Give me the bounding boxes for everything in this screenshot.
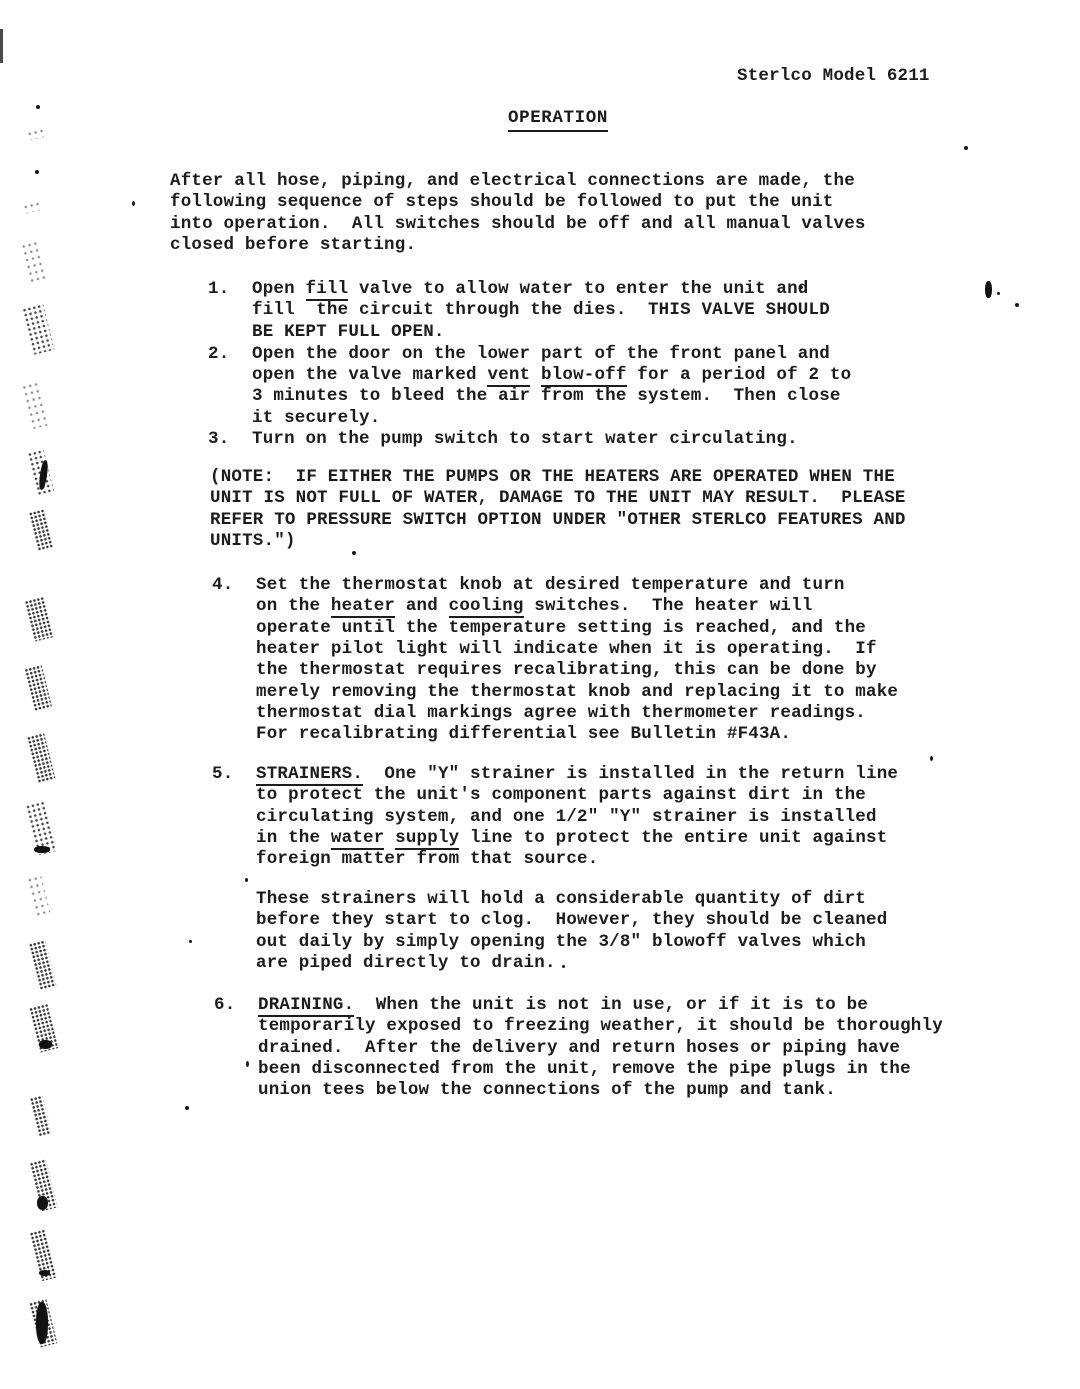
scan-artifact <box>1015 303 1019 307</box>
document-line: DRAINING. When the unit is not in use, o… <box>258 995 943 1016</box>
block-body: These strainers will hold a considerable… <box>256 889 887 974</box>
document-line: foreign matter from that source. <box>256 849 898 870</box>
scan-artifact <box>930 756 933 761</box>
scan-artifact <box>35 170 39 174</box>
scan-artifact <box>36 105 40 109</box>
text: and <box>395 596 449 616</box>
scan-artifact <box>352 551 356 555</box>
text: 3 minutes to bleed the air from the syst… <box>252 386 841 406</box>
scan-artifact <box>34 846 50 853</box>
text: REFER TO PRESSURE SWITCH OPTION UNDER "O… <box>210 510 906 530</box>
document-line: to protect the unit's component parts ag… <box>256 785 898 806</box>
block-body: STRAINERS. One "Y" strainer is installed… <box>256 764 898 871</box>
document-line: open the valve marked vent blow-off for … <box>252 365 851 386</box>
list-item-number: 3. <box>208 429 252 450</box>
document-line: Open fill valve to allow water to enter … <box>252 279 830 300</box>
text: Open the door on the lower part of the f… <box>252 344 830 364</box>
text: in the <box>256 828 331 848</box>
note-paragraph: (NOTE: IF EITHER THE PUMPS OR THE HEATER… <box>210 467 906 552</box>
text: merely removing the thermostat knob and … <box>256 682 898 702</box>
list-item-number: 4. <box>212 575 256 596</box>
document-line: operate until the temperature setting is… <box>256 618 898 639</box>
list-item-4: 4.Set the thermostat knob at desired tem… <box>212 575 898 746</box>
text: operate until the temperature setting is… <box>256 618 866 638</box>
scan-artifact <box>29 1095 51 1137</box>
text: union tees below the connections of the … <box>258 1080 836 1100</box>
scan-artifact <box>26 127 45 141</box>
scan-artifact <box>132 201 135 206</box>
scan-artifact <box>39 1040 52 1049</box>
page-title-wrap: OPERATION <box>508 108 608 128</box>
document-model-header: Sterlco Model 6211 <box>737 66 930 86</box>
scan-artifact <box>997 292 1000 295</box>
text: for a period of 2 to <box>627 365 852 385</box>
document-line: closed before starting. <box>170 235 866 256</box>
scan-artifact <box>21 381 49 430</box>
text: (NOTE: IF EITHER THE PUMPS OR THE HEATER… <box>210 467 895 487</box>
document-line: into operation. All switches should be o… <box>170 214 866 235</box>
text: been disconnected from the unit, remove … <box>258 1059 911 1079</box>
underlined-text: water <box>331 828 385 850</box>
scan-artifact <box>26 874 51 918</box>
list-item-2: 2.Open the door on the lower part of the… <box>208 344 851 429</box>
text: UNITS.") <box>210 531 296 551</box>
text: the thermostat requires recalibrating, t… <box>256 660 877 680</box>
text: heater pilot light will indicate when it… <box>256 639 877 659</box>
document-line: in the water supply line to protect the … <box>256 828 898 849</box>
document-line: thermostat dial markings agree with ther… <box>256 703 898 724</box>
scan-artifact <box>20 239 48 286</box>
block-body: DRAINING. When the unit is not in use, o… <box>258 995 943 1102</box>
scan-artifact <box>562 965 565 968</box>
text: fill the circuit through the dies. THIS … <box>252 300 830 320</box>
scan-artifact <box>24 596 54 642</box>
text: Turn on the pump switch to start water c… <box>252 429 798 449</box>
document-line: been disconnected from the unit, remove … <box>258 1059 943 1080</box>
list-item-number: 1. <box>208 279 252 300</box>
intro-paragraph: After all hose, piping, and electrical c… <box>170 171 866 256</box>
scan-artifact <box>22 200 42 214</box>
list-item-5: 5.STRAINERS. One "Y" strainer is install… <box>212 764 898 871</box>
scan-artifact <box>37 1196 48 1210</box>
text: After all hose, piping, and electrical c… <box>170 171 855 191</box>
text <box>384 828 395 848</box>
text: circulating system, and one 1/2" "Y" str… <box>256 807 877 827</box>
text: UNIT IS NOT FULL OF WATER, DAMAGE TO THE… <box>210 488 906 508</box>
text: line to protect the entire unit against <box>459 828 887 848</box>
scan-artifact <box>985 281 992 298</box>
document-line: 3 minutes to bleed the air from the syst… <box>252 386 851 407</box>
underlined-text: cooling <box>449 596 524 618</box>
block-body: Turn on the pump switch to start water c… <box>252 429 798 450</box>
scan-artifact <box>28 940 56 991</box>
block-body: (NOTE: IF EITHER THE PUMPS OR THE HEATER… <box>210 467 906 552</box>
text: foreign matter from that source. <box>256 849 598 869</box>
underlined-text: supply <box>395 828 459 850</box>
document-line: temporarily exposed to freezing weather,… <box>258 1016 943 1037</box>
text: When the unit is not in use, or if it is… <box>354 995 868 1015</box>
scan-artifact <box>22 303 55 355</box>
text: drained. After the delivery and return h… <box>258 1038 900 1058</box>
page-title: OPERATION <box>508 108 608 132</box>
document-line: heater pilot light will indicate when it… <box>256 639 898 660</box>
scan-artifact <box>39 1270 50 1276</box>
document-line: BE KEPT FULL OPEN. <box>252 322 830 343</box>
scan-artifact <box>189 940 192 943</box>
text: on the <box>256 596 331 616</box>
scan-edge-mark <box>0 29 3 63</box>
text: out daily by simply opening the 3/8" blo… <box>256 932 866 952</box>
list-item-3: 3.Turn on the pump switch to start water… <box>208 429 798 450</box>
text: are piped directly to drain. <box>256 953 556 973</box>
text: before they start to clog. However, they… <box>256 910 887 930</box>
document-line: on the heater and cooling switches. The … <box>256 596 898 617</box>
strainers-paragraph: These strainers will hold a considerable… <box>256 889 887 974</box>
list-item-number: 6. <box>214 995 258 1016</box>
document-line: Set the thermostat knob at desired tempe… <box>256 575 898 596</box>
document-line: out daily by simply opening the 3/8" blo… <box>256 932 887 953</box>
block-body: Open fill valve to allow water to enter … <box>252 279 830 343</box>
document-line: REFER TO PRESSURE SWITCH OPTION UNDER "O… <box>210 510 906 531</box>
document-line: merely removing the thermostat knob and … <box>256 682 898 703</box>
list-item-6: 6.DRAINING. When the unit is not in use,… <box>214 995 943 1102</box>
underlined-text: STRAINERS. <box>256 764 363 786</box>
text: following sequence of steps should be fo… <box>170 192 834 212</box>
text: These strainers will hold a considerable… <box>256 889 866 909</box>
document-line: STRAINERS. One "Y" strainer is installed… <box>256 764 898 785</box>
scan-artifact <box>36 1302 48 1344</box>
underlined-text: fill <box>306 279 349 301</box>
document-line: (NOTE: IF EITHER THE PUMPS OR THE HEATER… <box>210 467 906 488</box>
text: thermostat dial markings agree with ther… <box>256 703 866 723</box>
scan-artifact <box>245 878 248 882</box>
text: For recalibrating differential see Bulle… <box>256 724 791 744</box>
document-line: are piped directly to drain. <box>256 953 887 974</box>
scan-artifact <box>964 146 968 150</box>
text: One "Y" strainer is installed in the ret… <box>363 764 898 784</box>
block-body: Set the thermostat knob at desired tempe… <box>256 575 898 746</box>
text: switches. The heater will <box>524 596 813 616</box>
document-line: UNITS.") <box>210 531 906 552</box>
document-line: it securely. <box>252 408 851 429</box>
document-line: Open the door on the lower part of the f… <box>252 344 851 365</box>
scan-artifact <box>246 1061 249 1067</box>
text: closed before starting. <box>170 235 416 255</box>
list-item-number: 5. <box>212 764 256 785</box>
text: to protect the unit's component parts ag… <box>256 785 866 805</box>
document-line: After all hose, piping, and electrical c… <box>170 171 866 192</box>
document-line: drained. After the delivery and return h… <box>258 1038 943 1059</box>
text: it securely. <box>252 408 380 428</box>
document-line: Turn on the pump switch to start water c… <box>252 429 798 450</box>
document-line: fill the circuit through the dies. THIS … <box>252 300 830 321</box>
underlined-text: heater <box>331 596 395 618</box>
text: BE KEPT FULL OPEN. <box>252 322 445 342</box>
scan-artifact <box>800 286 803 289</box>
text: Open <box>252 279 306 299</box>
scanned-document-page: Sterlco Model 6211 OPERATION After all h… <box>0 0 1080 1389</box>
block-body: After all hose, piping, and electrical c… <box>170 171 866 256</box>
document-line: union tees below the connections of the … <box>258 1080 943 1101</box>
scan-artifact <box>185 1106 189 1110</box>
document-line: For recalibrating differential see Bulle… <box>256 724 898 745</box>
document-line: the thermostat requires recalibrating, t… <box>256 660 898 681</box>
scan-artifact <box>26 733 55 784</box>
scan-artifact <box>24 664 52 711</box>
text: open the valve marked <box>252 365 487 385</box>
scan-artifact <box>28 509 53 552</box>
text: Set the thermostat knob at desired tempe… <box>256 575 845 595</box>
underlined-text: vent <box>487 365 530 387</box>
list-item-1: 1.Open fill valve to allow water to ente… <box>208 279 830 343</box>
text: valve to allow water to enter the unit a… <box>348 279 808 299</box>
document-line: UNIT IS NOT FULL OF WATER, DAMAGE TO THE… <box>210 488 906 509</box>
list-item-number: 2. <box>208 344 252 365</box>
underlined-text: blow-off <box>541 365 627 387</box>
document-line: circulating system, and one 1/2" "Y" str… <box>256 807 898 828</box>
document-line: following sequence of steps should be fo… <box>170 192 866 213</box>
document-line: These strainers will hold a considerable… <box>256 889 887 910</box>
underlined-text: DRAINING. <box>258 995 354 1017</box>
text <box>530 365 541 385</box>
text: temporarily exposed to freezing weather,… <box>258 1016 943 1036</box>
text: into operation. All switches should be o… <box>170 214 866 234</box>
block-body: Open the door on the lower part of the f… <box>252 344 851 429</box>
document-line: before they start to clog. However, they… <box>256 910 887 931</box>
